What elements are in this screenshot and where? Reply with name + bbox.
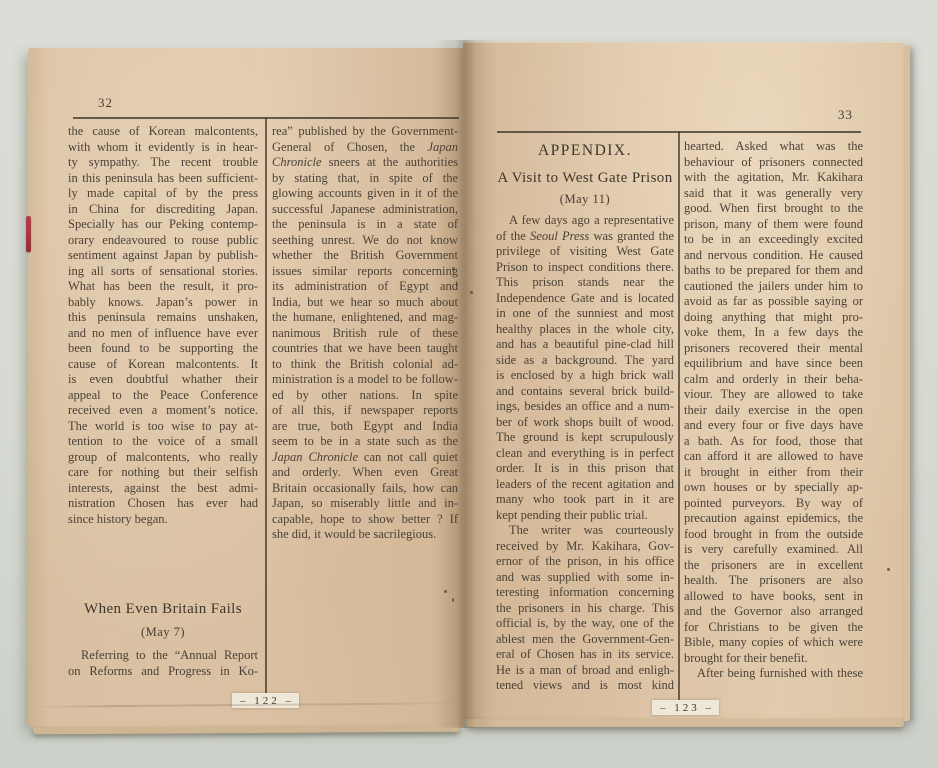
- text-line: Chronicle sneers at the authorities: [272, 155, 458, 171]
- text-line: doing anything that might pro-: [684, 310, 863, 326]
- text-line: cause of Korean malcontents. It: [68, 357, 258, 373]
- binding-stitch: [26, 216, 31, 252]
- text-line: appeal to the Peace Conference: [68, 388, 258, 404]
- text-line: countries that we have been taught: [272, 341, 458, 357]
- text-line: prisoners recovered their mental: [684, 341, 863, 357]
- text-line: with whom it evidently is in hear-: [68, 140, 258, 156]
- text-line: calm and orderly in their beha-: [684, 372, 863, 388]
- text-line: teresting information concerning: [496, 585, 674, 601]
- ink-speck: [452, 267, 455, 271]
- paragraph-after-being-furnished: After being furnished with these: [684, 666, 863, 682]
- text-line: ty sympathy. The recent trouble: [68, 155, 258, 171]
- text-line: group of malcontents, who really: [68, 450, 258, 466]
- text-line: precaution against epidemics, the: [684, 511, 863, 527]
- column-divider-left: [265, 117, 267, 702]
- page-stack-edge-right: [904, 45, 910, 721]
- text-line: The world is too wise to pay at-: [68, 419, 258, 435]
- text-line: After being furnished with these: [684, 666, 863, 682]
- text-line: Japan Chronicle can not call quiet: [272, 450, 458, 466]
- text-line: Specially has our Peking contemp-: [68, 217, 258, 233]
- text-line: capable, hope to show better ? If: [272, 512, 458, 528]
- text-line: cautioned the jailers under him to: [684, 279, 863, 295]
- page-stack-edge-bottom-left: [33, 725, 459, 735]
- text-line: of the Seoul Press was granted the: [496, 229, 674, 245]
- text-line: is enclosed by a high brick wall: [496, 368, 674, 384]
- text-line: in China for discrediting Japan.: [68, 202, 258, 218]
- text-line: and no men of influence have ever: [68, 326, 258, 342]
- text-line: He is a man of broad and enligh-: [496, 663, 674, 679]
- heading-appendix: APPENDIX.: [496, 141, 674, 161]
- text-line: and has a beautiful pine-clad hill: [496, 337, 674, 353]
- text-line: pointed purveyors. By way of: [684, 496, 863, 512]
- text-line: The writer was courteously: [496, 523, 674, 539]
- text-line: since history began.: [68, 512, 258, 528]
- text-line: and orderly. When even Great: [272, 465, 458, 481]
- right-page-column-2: hearted. Asked what was thebehaviour of …: [684, 139, 863, 682]
- text-line: hearted. Asked what was the: [684, 139, 863, 155]
- text-line: Japan, so miserably little and in-: [272, 496, 458, 512]
- text-line: tened views and is most kind: [496, 678, 674, 694]
- text-line: orary endeavoured to rouse public: [68, 233, 258, 249]
- text-line: equilibrium and have since been: [684, 356, 863, 372]
- text-line: nistration Chosen has ever had: [68, 496, 258, 512]
- text-line: ly made capital of by the press: [68, 186, 258, 202]
- text-line: and was supplied with some in-: [496, 570, 674, 586]
- text-line: The ground is kept scrupulously: [496, 430, 674, 446]
- page-right: 33 APPENDIX.A Visit to West Gate Prison(…: [463, 42, 905, 721]
- text-line: official is, by the way, one of the: [496, 616, 674, 632]
- text-line: the prisoners are in excellent: [684, 558, 863, 574]
- text-line: seething unrest. We do not know: [272, 233, 458, 249]
- text-line: order. It is in this prison that: [496, 461, 674, 477]
- text-line: healthy places in the whole city,: [496, 322, 674, 338]
- text-line: brought for their benefit.: [684, 651, 863, 667]
- text-line: rea” published by the Government-: [272, 124, 458, 140]
- text-line: can afford it are allowed to have: [684, 449, 863, 465]
- text-line: food brought in from the outside: [684, 527, 863, 543]
- column-divider-right: [678, 131, 680, 708]
- text-line: on Reforms and Progress in Ko-: [68, 664, 258, 680]
- text-line: privilege of visiting West Gate: [496, 244, 674, 260]
- paragraph-annual-report: Referring to the “Annual Reporton Reform…: [68, 648, 258, 679]
- text-line: Bible, many copies of which were: [684, 635, 863, 651]
- text-line: avoid as far as possible saying or: [684, 294, 863, 310]
- text-line: nanimous British rule of these: [272, 326, 458, 342]
- text-line: received by Mr. Kakihara, Gov-: [496, 539, 674, 555]
- page-stack-edge-bottom-right: [466, 719, 904, 727]
- text-line: seem to be in a state such as the: [272, 434, 458, 450]
- text-line: A few days ago a representative: [496, 213, 674, 229]
- page-number-right: 33: [838, 107, 853, 123]
- text-line: and nervous condition. He caused: [684, 248, 863, 264]
- heading-when-even-britain-fails: When Even Britain Fails: [68, 600, 258, 619]
- text-line: are true, both Egypt and India: [272, 419, 458, 435]
- text-line: and the Governor also arranged: [684, 604, 863, 620]
- text-line: bably knows. Japan’s power in: [68, 295, 258, 311]
- text-line: clean and everything is in perfect: [496, 446, 674, 462]
- paragraph-korean-malcontents: the cause of Korean malcontents,with who…: [68, 124, 258, 527]
- ink-speck: [444, 590, 447, 593]
- paragraph-prisoner-treatment: hearted. Asked what was thebehaviour of …: [684, 139, 863, 666]
- text-line: Referring to the “Annual Report: [68, 648, 258, 664]
- ink-speck: [456, 283, 458, 286]
- text-line: India, but we hear so much about: [272, 295, 458, 311]
- text-line: glowing accounts given in it of the: [272, 186, 458, 202]
- folio-label-left: – 122 –: [232, 693, 299, 708]
- heading-a-visit-to-west-gate-prison: A Visit to West Gate Prison: [496, 168, 674, 188]
- text-line: to be in an exceedingly excited: [684, 232, 863, 248]
- text-line: in one of the sunniest and most: [496, 306, 674, 322]
- text-line: the peninsula is in a state of: [272, 217, 458, 233]
- text-line: to think the British colonial ad-: [272, 357, 458, 373]
- text-line: a bath. As for food, those that: [684, 434, 863, 450]
- text-line: behaviour of prisoners connected: [684, 155, 863, 171]
- text-line: the cause of Korean malcontents,: [68, 124, 258, 140]
- text-line: and every four or five days have: [684, 418, 863, 434]
- text-line: health. The prisoners are also: [684, 573, 863, 589]
- text-line: this peninsula remains unshaken,: [68, 310, 258, 326]
- text-line: ed by other nations. In spite: [272, 388, 458, 404]
- left-page-column-1: the cause of Korean malcontents,with who…: [68, 124, 258, 679]
- text-line: in this peninsula has been sufficient-: [68, 171, 258, 187]
- dateline-may-7: (May 7): [68, 624, 258, 640]
- paragraph-japan-chronicle: rea” published by the Government-General…: [272, 124, 458, 543]
- text-line: the humane, enlightened, and mag-: [272, 310, 458, 326]
- text-line: it brought in either from their: [684, 465, 863, 481]
- text-line: successful Japanese administration,: [272, 202, 458, 218]
- text-line: Prison to inspect conditions there.: [496, 260, 674, 276]
- text-line: ablest men the Government-Gen-: [496, 632, 674, 648]
- text-line: ing all sorts of sensational stories.: [68, 264, 258, 280]
- folio-label-right: – 123 –: [652, 700, 719, 715]
- page-number-left: 32: [98, 95, 113, 111]
- text-line: care for nothing but their selfish: [68, 465, 258, 481]
- text-line: ministration is a model to be follow-: [272, 372, 458, 388]
- text-line: many who took part in it are: [496, 492, 674, 508]
- text-line: voke them, In a few days the: [684, 325, 863, 341]
- ink-speck: [452, 598, 454, 602]
- text-line: she did, it would be sacrilegious.: [272, 527, 458, 543]
- text-line: What has been the result, it pro-: [68, 279, 258, 295]
- text-line: said that it was generally very: [684, 186, 863, 202]
- text-line: kept pending their public trial.: [496, 508, 674, 524]
- text-line: ber of work shops built of wood.: [496, 415, 674, 431]
- text-line: for Christians to be given the: [684, 620, 863, 636]
- paragraph-prison-visit: A few days ago a representativeof the Se…: [496, 213, 674, 523]
- text-line: the prisoners in his charge. This: [496, 601, 674, 617]
- text-line: eral of Chosen has in its service.: [496, 647, 674, 663]
- text-line: leaders of the recent agitation and: [496, 477, 674, 493]
- text-line: with the agitation, Mr. Kakihara: [684, 170, 863, 186]
- text-line: is very carefully examined. All: [684, 542, 863, 558]
- ink-speck: [470, 291, 473, 294]
- page-left: 32 the cause of Korean malcontents,with …: [28, 48, 463, 727]
- text-line: tention to the voice of a small: [68, 434, 258, 450]
- text-line: interests, against the best admi-: [68, 481, 258, 497]
- text-line: of all this, if newspaper reports: [272, 403, 458, 419]
- text-line: ings, besides an office and a num-: [496, 399, 674, 415]
- text-line: and contains several brick build-: [496, 384, 674, 400]
- text-line: issues similar reports concerning: [272, 264, 458, 280]
- text-line: sentiment against Japan by publish-: [68, 248, 258, 264]
- text-line: is even doubtful whather their: [68, 372, 258, 388]
- dateline-may-11: (May 11): [496, 191, 674, 207]
- text-line: This prison stands near the: [496, 275, 674, 291]
- ink-speck: [887, 568, 890, 571]
- text-line: good. When first brought to the: [684, 201, 863, 217]
- text-line: side as a background. The yard: [496, 353, 674, 369]
- text-line: received even a moment’s notice.: [68, 403, 258, 419]
- text-line: by stating that, in spite of the: [272, 171, 458, 187]
- right-page-column-1: APPENDIX.A Visit to West Gate Prison(May…: [496, 140, 674, 694]
- paragraph-governor-kakihara: The writer was courteouslyreceived by Mr…: [496, 523, 674, 694]
- text-line: been found to be supporting the: [68, 341, 258, 357]
- left-page-column-2: rea” published by the Government-General…: [272, 124, 458, 543]
- text-line: their daily exercise in the open: [684, 403, 863, 419]
- text-line: allowed to have books, sent in: [684, 589, 863, 605]
- text-line: ernor of the prison, in his office: [496, 554, 674, 570]
- text-line: prison, many of them were found: [684, 217, 863, 233]
- text-line: whether the British Government: [272, 248, 458, 264]
- text-line: its administration of Egypt and: [272, 279, 458, 295]
- text-line: Britain occasionally fails, how can: [272, 481, 458, 497]
- text-line: baths to be prepared for them and: [684, 263, 863, 279]
- text-line: General of Chosen, the Japan: [272, 140, 458, 156]
- text-line: own houses or by specially ap-: [684, 480, 863, 496]
- text-line: viour. They are allowed to take: [684, 387, 863, 403]
- book-scan: 32 the cause of Korean malcontents,with …: [0, 0, 937, 768]
- text-line: Independence Gate and is located: [496, 291, 674, 307]
